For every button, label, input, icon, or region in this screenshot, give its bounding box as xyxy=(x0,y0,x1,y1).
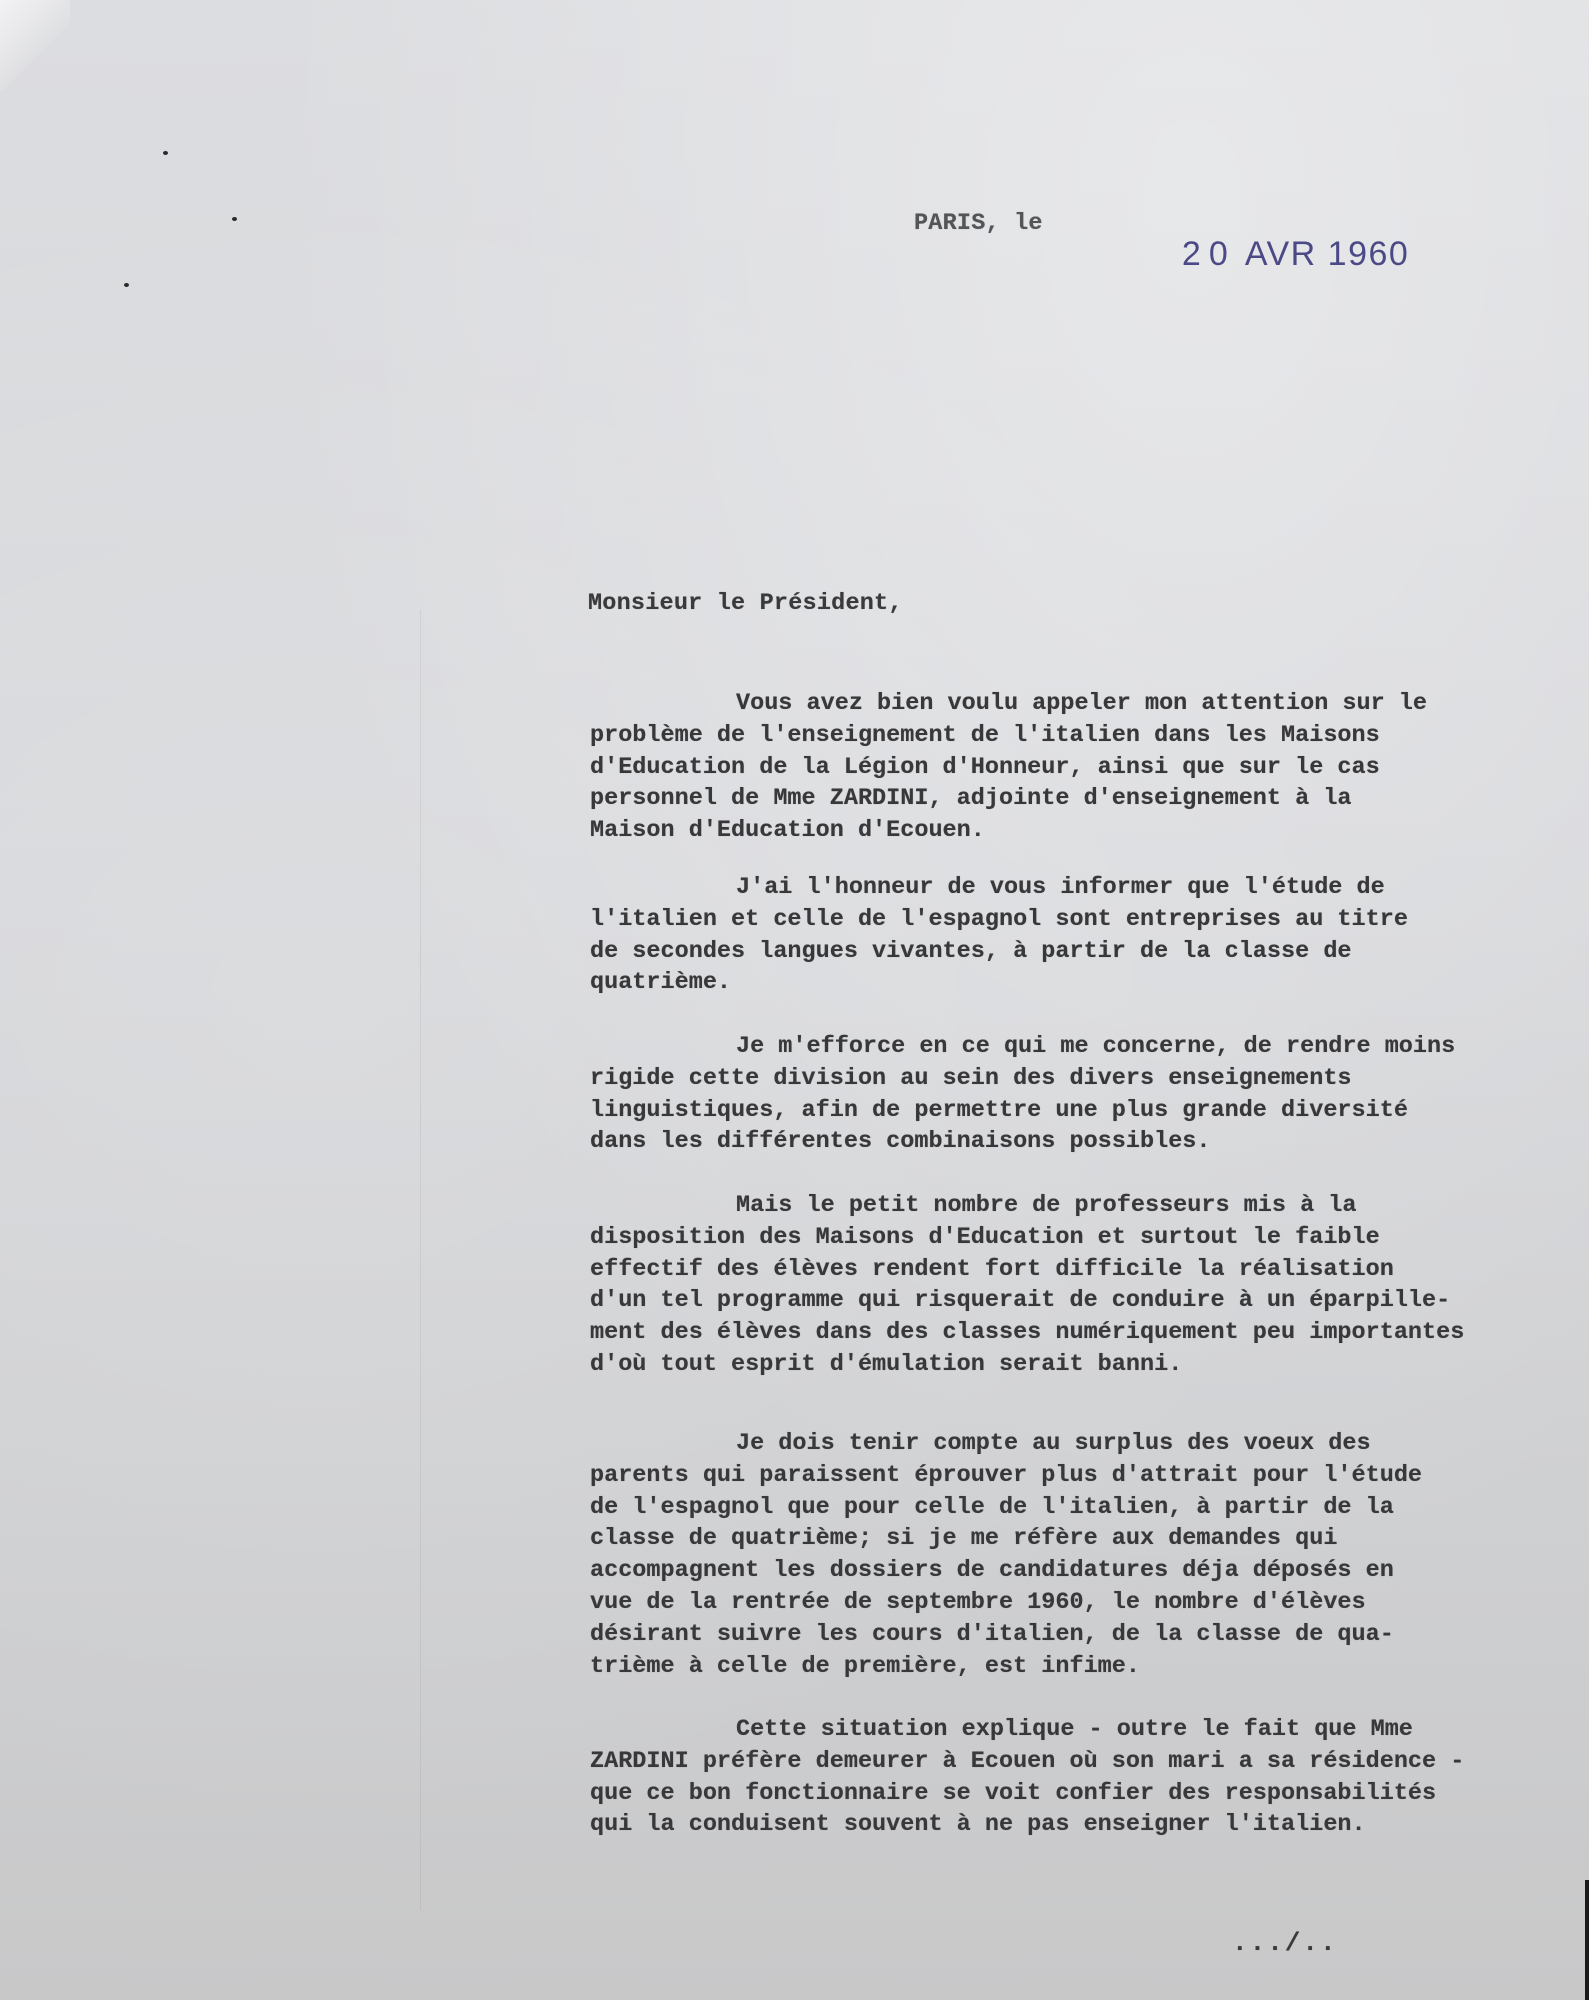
text-line: problème de l'enseignement de l'italien … xyxy=(590,720,1427,752)
paragraph: Je dois tenir compte au surplus des voeu… xyxy=(590,1428,1422,1682)
date-stamp-year: 1960 xyxy=(1328,235,1410,273)
punch-mark xyxy=(124,283,129,287)
date-stamp-month: AVR xyxy=(1245,235,1317,273)
text-line: quatrième. xyxy=(590,967,1408,999)
text-line: classe de quatrième; si je me réfère aux… xyxy=(590,1523,1422,1555)
folded-corner xyxy=(0,0,70,90)
text-line: que ce bon fonctionnaire se voit confier… xyxy=(590,1778,1464,1810)
text-line: de secondes langues vivantes, à partir d… xyxy=(590,936,1408,968)
text-line: vue de la rentrée de septembre 1960, le … xyxy=(590,1587,1422,1619)
text-line: dans les différentes combinaisons possib… xyxy=(590,1126,1455,1158)
continuation-mark: .../.. xyxy=(1232,1928,1338,1958)
text-line: d'Education de la Légion d'Honneur, ains… xyxy=(590,752,1427,784)
punch-mark xyxy=(232,217,237,221)
page-edge xyxy=(1585,1880,1589,2000)
text-line: rigide cette division au sein des divers… xyxy=(590,1063,1455,1095)
paragraph: Cette situation explique - outre le fait… xyxy=(590,1714,1464,1841)
text-line: d'où tout esprit d'émulation serait bann… xyxy=(590,1349,1464,1381)
paragraph: Je m'efforce en ce qui me concerne, de r… xyxy=(590,1031,1455,1158)
text-line: Maison d'Education d'Ecouen. xyxy=(590,815,1427,847)
text-line: ment des élèves dans des classes numériq… xyxy=(590,1317,1464,1349)
text-line: désirant suivre les cours d'italien, de … xyxy=(590,1619,1422,1651)
text-line: effectif des élèves rendent fort diffici… xyxy=(590,1254,1464,1286)
text-line: Je m'efforce en ce qui me concerne, de r… xyxy=(590,1031,1455,1063)
paragraph: J'ai l'honneur de vous informer que l'ét… xyxy=(590,872,1408,999)
paragraph: Mais le petit nombre de professeurs mis … xyxy=(590,1190,1464,1381)
text-line: linguistiques, afin de permettre une plu… xyxy=(590,1095,1455,1127)
text-line: Mais le petit nombre de professeurs mis … xyxy=(590,1190,1464,1222)
text-line: l'italien et celle de l'espagnol sont en… xyxy=(590,904,1408,936)
text-line: Vous avez bien voulu appeler mon attenti… xyxy=(590,688,1427,720)
paragraph: Vous avez bien voulu appeler mon attenti… xyxy=(590,688,1427,847)
text-line: ZARDINI préfère demeurer à Ecouen où son… xyxy=(590,1746,1464,1778)
text-line: disposition des Maisons d'Education et s… xyxy=(590,1222,1464,1254)
salutation: Monsieur le Président, xyxy=(588,590,903,617)
date-stamp: 20 AVR 1960 xyxy=(1160,196,1409,274)
text-line: personnel de Mme ZARDINI, adjointe d'ens… xyxy=(590,783,1427,815)
punch-mark xyxy=(163,151,168,155)
text-line: d'un tel programme qui risquerait de con… xyxy=(590,1285,1464,1317)
faded-bleedthrough-stamp xyxy=(420,610,541,1910)
text-line: J'ai l'honneur de vous informer que l'ét… xyxy=(590,872,1408,904)
text-line: qui la conduisent souvent à ne pas ensei… xyxy=(590,1809,1464,1841)
place-label: PARIS, le xyxy=(914,210,1043,237)
text-line: Cette situation explique - outre le fait… xyxy=(590,1714,1464,1746)
text-line: accompagnent les dossiers de candidature… xyxy=(590,1555,1422,1587)
text-line: trième à celle de première, est infime. xyxy=(590,1651,1422,1683)
text-line: parents qui paraissent éprouver plus d'a… xyxy=(590,1460,1422,1492)
text-line: Je dois tenir compte au surplus des voeu… xyxy=(590,1428,1422,1460)
date-stamp-day: 20 xyxy=(1182,235,1236,273)
text-line: de l'espagnol que pour celle de l'italie… xyxy=(590,1492,1422,1524)
